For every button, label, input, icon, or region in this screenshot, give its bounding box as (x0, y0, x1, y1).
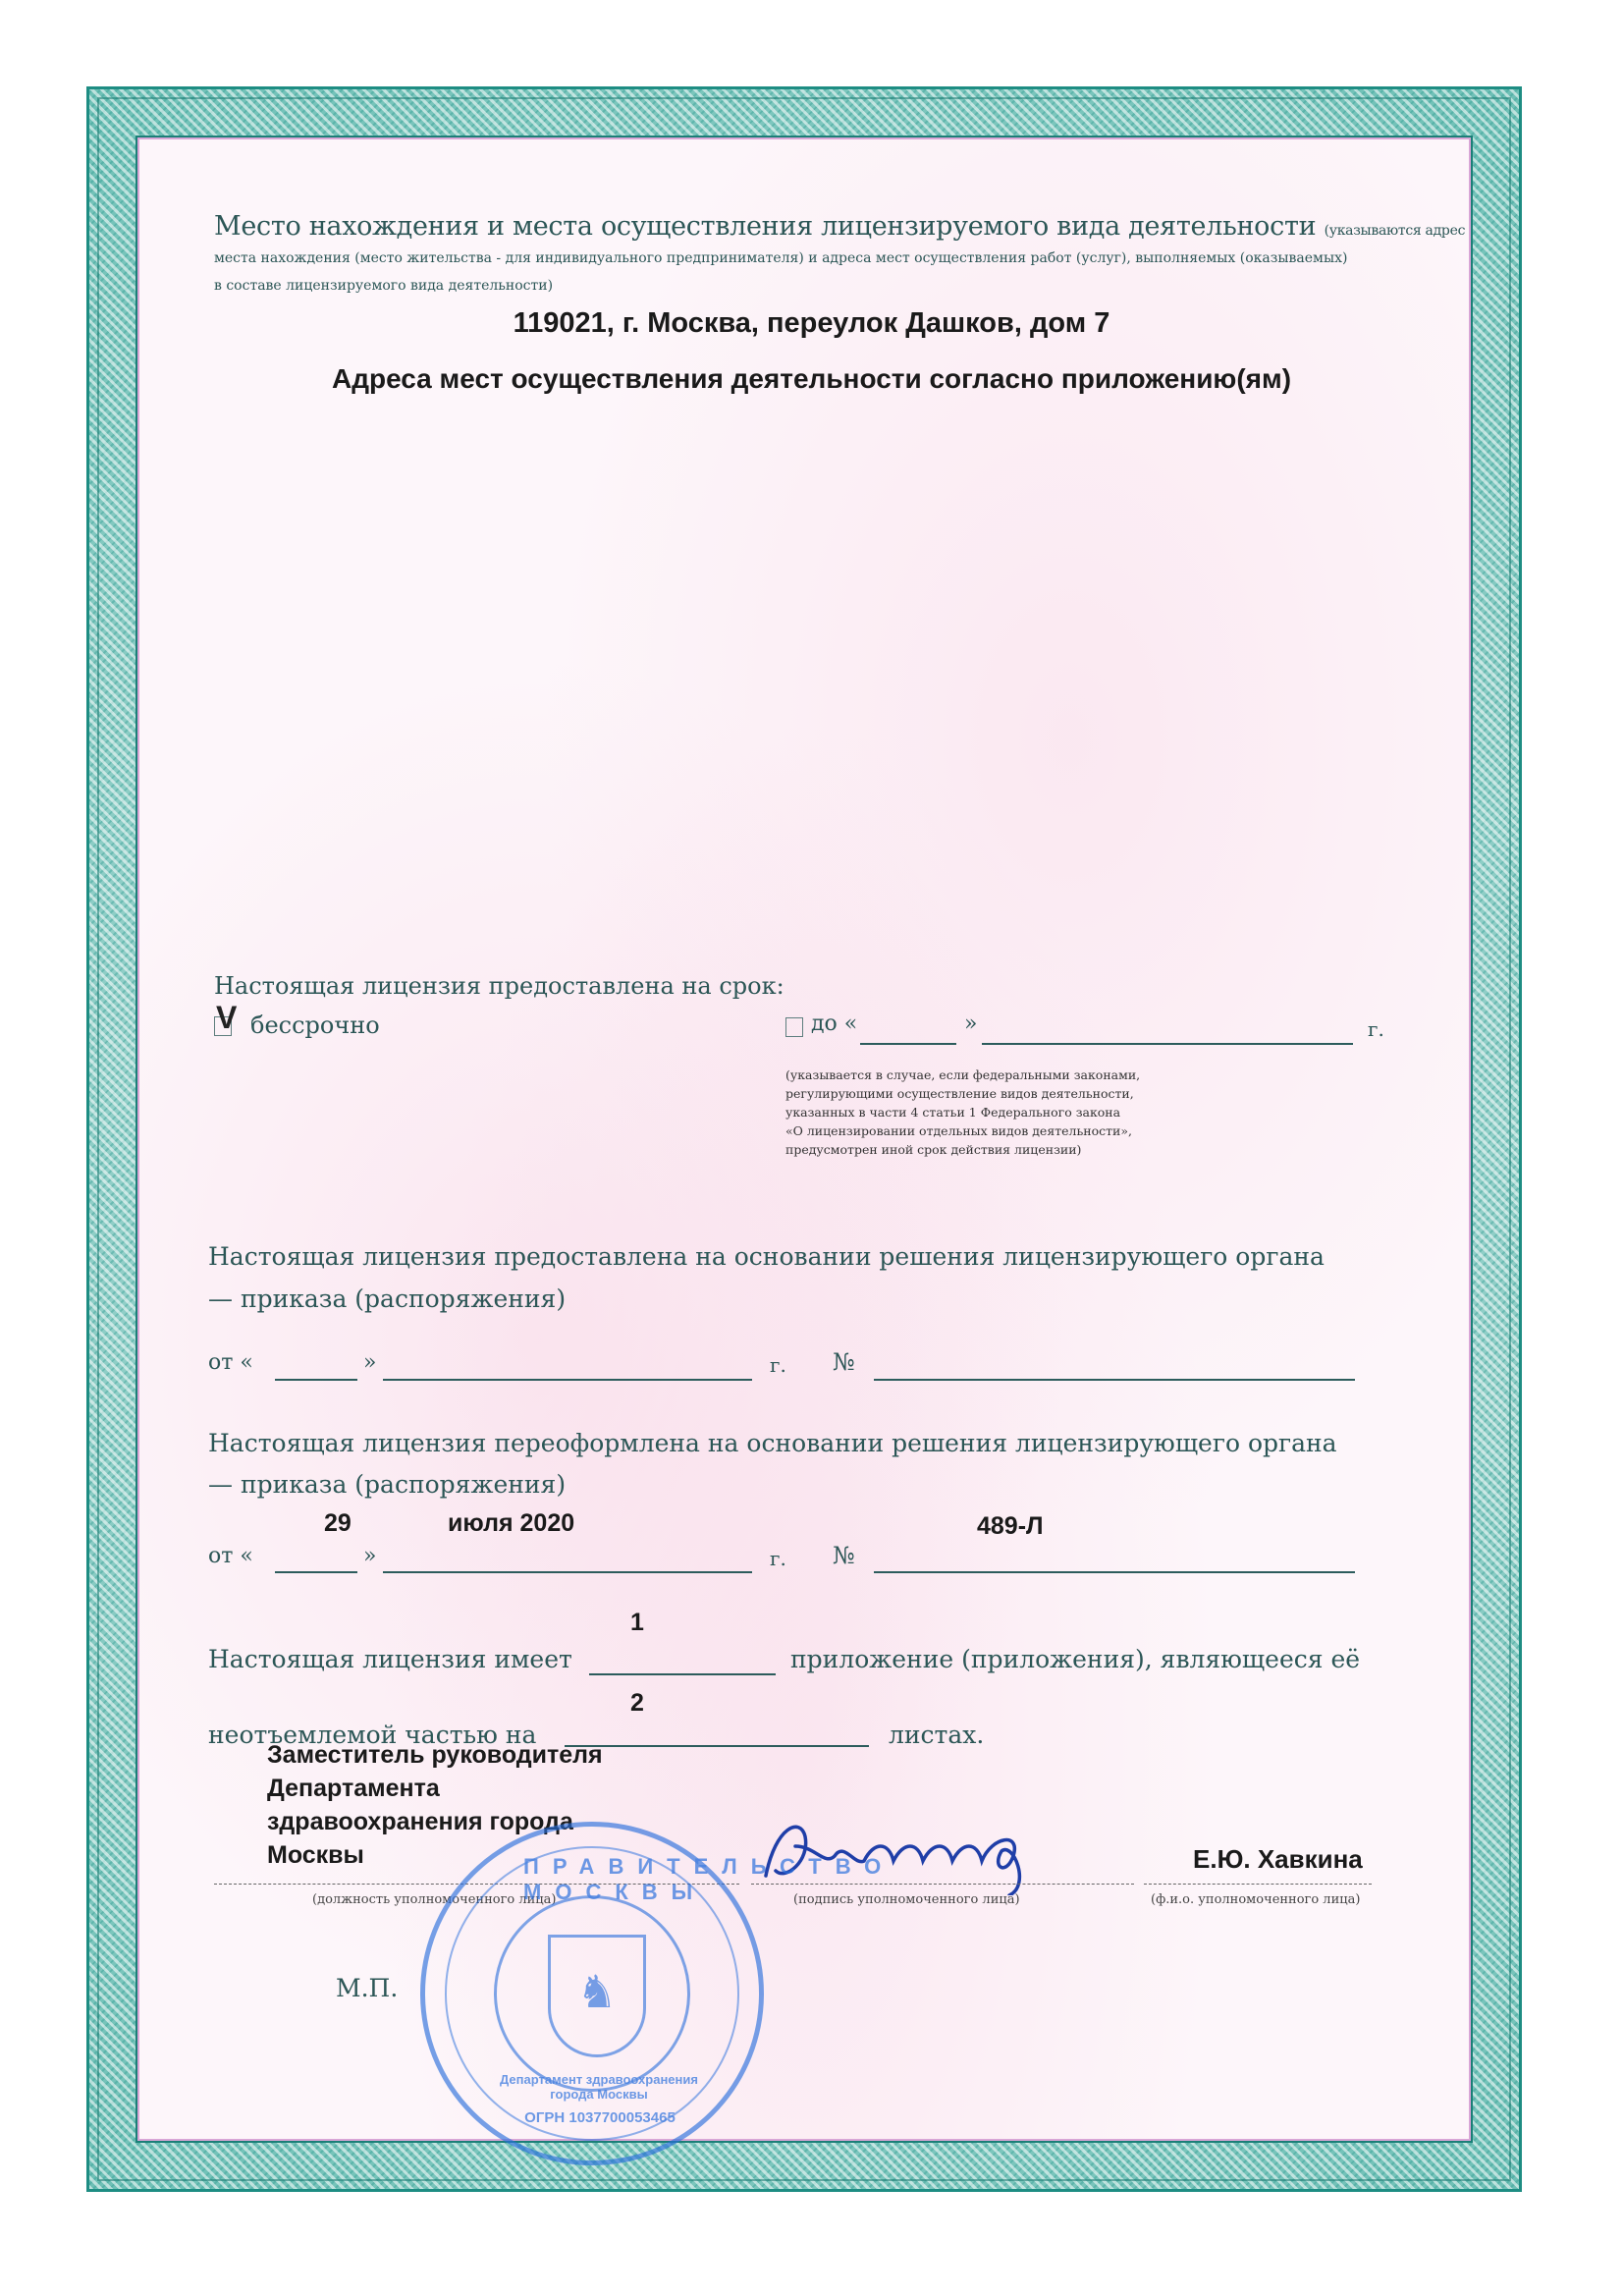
appendix-count-field[interactable] (589, 1673, 776, 1675)
granted-from-prefix: от « (208, 1350, 253, 1375)
addresses-note: Адреса мест осуществления деятельности с… (0, 363, 1623, 395)
unlimited-label: бессрочно (250, 1011, 380, 1039)
until-day-field[interactable] (860, 1043, 956, 1045)
reissued-year-suffix: г. (770, 1547, 786, 1570)
term-footnote: (указывается в случае, если федеральными… (785, 1066, 1140, 1159)
footnote-line: «О лицензировании отдельных видов деятел… (785, 1121, 1140, 1140)
reissued-basis-line2: — приказа (распоряжения) (208, 1470, 566, 1499)
location-heading: Место нахождения и места осуществления л… (214, 211, 1465, 242)
reissued-day-value: 29 (324, 1509, 352, 1538)
reissued-from-prefix: от « (208, 1544, 253, 1568)
signatory-name: Е.Ю. Хавкина (1193, 1844, 1363, 1875)
reissued-month-year-field[interactable] (383, 1571, 752, 1573)
appendices-line2-suffix: листах. (889, 1721, 984, 1749)
footnote-line: регулирующими осуществление видов деятел… (785, 1084, 1140, 1103)
until-prefix: до « (811, 1011, 857, 1036)
footnote-line: указанных в части 4 статьи 1 Федеральног… (785, 1103, 1140, 1121)
location-note-inline: (указываются адрес (1325, 223, 1466, 239)
sheet-count-value: 2 (630, 1689, 644, 1718)
reissued-day-field[interactable] (275, 1571, 357, 1573)
reissued-number-field[interactable] (874, 1571, 1355, 1573)
moscow-coat-of-arms-icon: ♞ (548, 1935, 646, 2057)
position-line: Заместитель руководителя (267, 1738, 603, 1772)
stamp-ogrn: ОГРН 1037700053465 (521, 2109, 678, 2126)
appendices-line1-prefix: Настоящая лицензия имеет (208, 1645, 572, 1673)
stamp-outer-text: ПРАВИТЕЛЬСТВО МОСКВЫ (523, 1854, 894, 1905)
name-line-divider (1144, 1884, 1372, 1885)
granted-day-field[interactable] (275, 1379, 357, 1381)
granted-quote-close: » (363, 1350, 376, 1375)
location-note-line3: в составе лицензируемого вида деятельнос… (214, 278, 553, 294)
granted-number-sign: № (833, 1348, 855, 1376)
address: 119021, г. Москва, переулок Дашков, дом … (0, 307, 1623, 340)
stamp-inner-text: Департамент здравоохранения города Москв… (496, 2072, 702, 2102)
reissued-number-value: 489-Л (977, 1512, 1044, 1541)
location-note-line2: места нахождения (место жительства - для… (214, 250, 1347, 266)
reissued-quote-close: » (363, 1544, 376, 1568)
sheet-count-field[interactable] (565, 1745, 869, 1747)
granted-basis-line1: Настоящая лицензия предоставлена на осно… (208, 1242, 1325, 1271)
name-caption: (ф.и.о. уполномоченного лица) (1151, 1892, 1360, 1907)
official-stamp: ♞ ПРАВИТЕЛЬСТВО МОСКВЫ Департамент здрав… (420, 1822, 764, 2165)
until-date-checkbox[interactable] (785, 1017, 803, 1037)
reissued-month-year-value: июля 2020 (448, 1509, 574, 1538)
until-quote-close: » (964, 1011, 977, 1036)
check-mark-icon: V (216, 1000, 237, 1036)
position-line: Департамента (267, 1772, 603, 1805)
term-label: Настоящая лицензия предоставлена на срок… (214, 972, 784, 1000)
granted-month-year-field[interactable] (383, 1379, 752, 1381)
granted-basis-line2: — приказа (распоряжения) (208, 1285, 566, 1313)
reissued-number-sign: № (833, 1542, 855, 1569)
appendix-count-value: 1 (630, 1609, 644, 1637)
footnote-line: (указывается в случае, если федеральными… (785, 1066, 1140, 1084)
seal-label: М.П. (336, 1974, 398, 2002)
reissued-basis-line1: Настоящая лицензия переоформлена на осно… (208, 1429, 1337, 1457)
location-heading-text: Место нахождения и места осуществления л… (214, 211, 1316, 242)
footnote-line: предусмотрен иной срок действия лицензии… (785, 1140, 1140, 1159)
until-month-year-field[interactable] (982, 1043, 1353, 1045)
granted-year-suffix: г. (770, 1353, 786, 1377)
granted-number-field[interactable] (874, 1379, 1355, 1381)
appendices-line1-suffix: приложение (приложения), являющееся её (790, 1645, 1360, 1673)
until-year-suffix: г. (1368, 1017, 1384, 1041)
